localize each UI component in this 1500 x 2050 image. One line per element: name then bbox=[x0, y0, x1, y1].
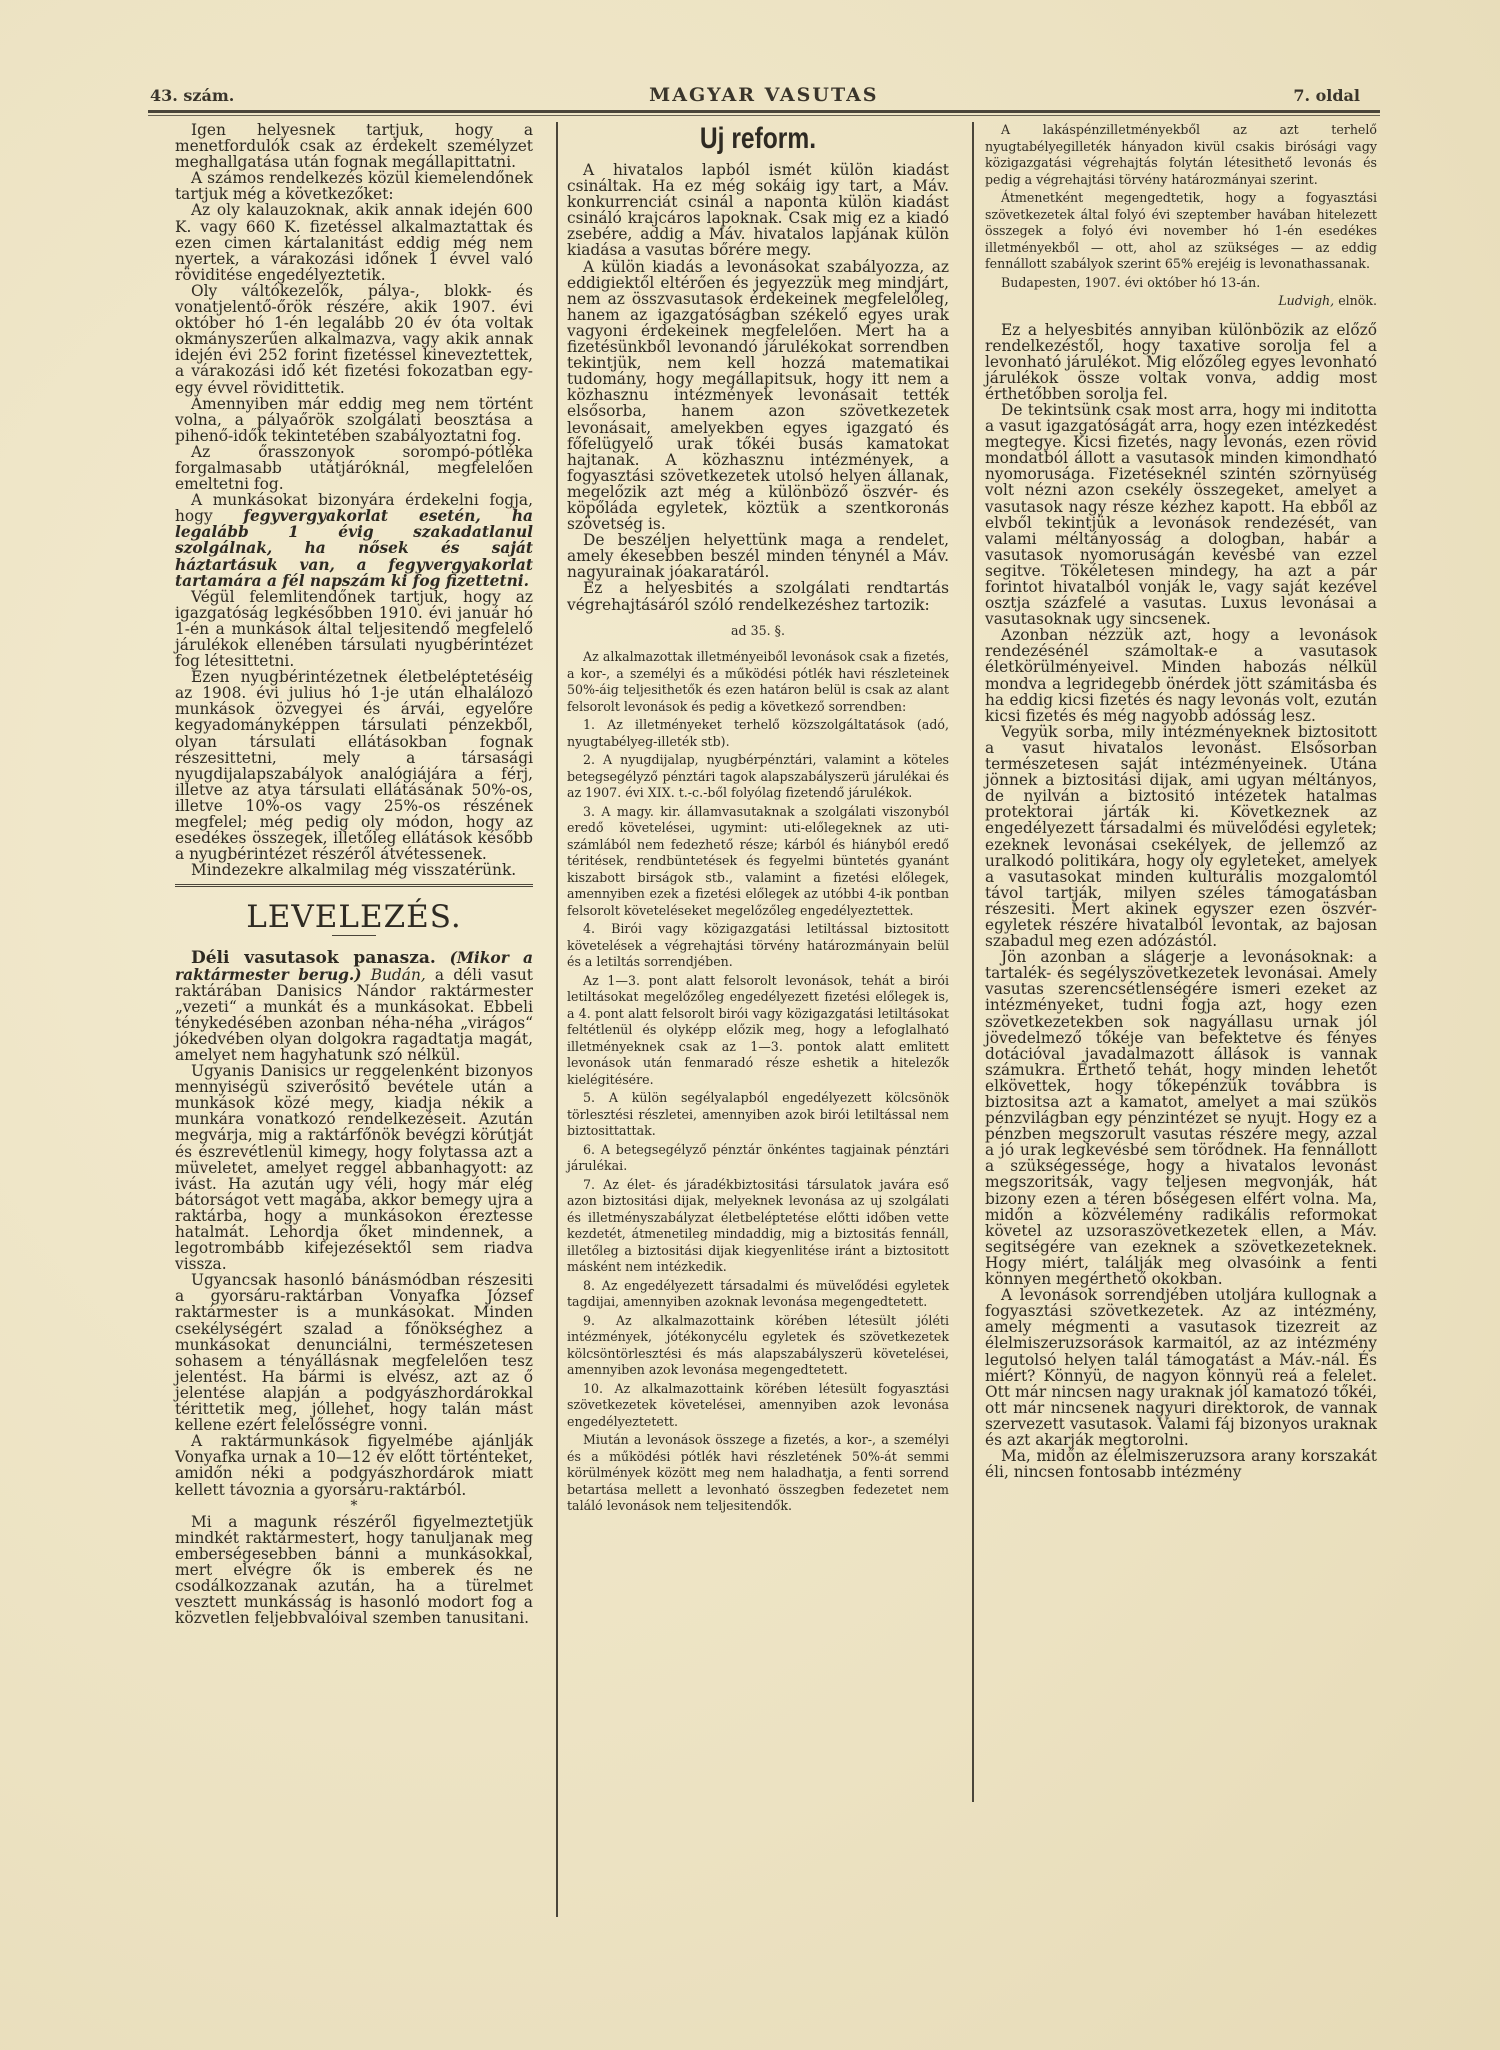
signature-name: Ludvigh, bbox=[1278, 293, 1334, 308]
paragraph: De beszéljen helyettünk maga a rendelet,… bbox=[567, 532, 949, 580]
decree-item: 8. Az engedélyezett társadalmi és müvelő… bbox=[567, 1278, 949, 1311]
masthead-rule-thin bbox=[148, 115, 1380, 116]
paragraph: A levonások sorrendjében utoljára kullog… bbox=[985, 1287, 1377, 1448]
paragraph: Igen helyesnek tartjuk, hogy a menetford… bbox=[175, 122, 533, 170]
newspaper-page: 43. szám. MAGYAR VASUTAS 7. oldal Igen h… bbox=[0, 0, 1500, 2050]
decree-paragraph: Az 1—3. pont alatt felsorolt levonások, … bbox=[567, 973, 949, 1089]
article-title: Uj reform. bbox=[601, 122, 914, 156]
paragraph: Ez a helyesbités annyiban különbözik az … bbox=[985, 322, 1377, 402]
decree-item: 10. Az alkalmazottaink körében létesült … bbox=[567, 1381, 949, 1431]
decree-signature: Ludvigh, elnök. bbox=[985, 293, 1377, 310]
paragraph: Ma, midőn az élelmiszeruzsora arany kors… bbox=[985, 1448, 1377, 1480]
section-mark: ad 35. §. bbox=[567, 623, 949, 640]
decree-item: 2. A nyugdijalap, nyugbérpénztári, valam… bbox=[567, 752, 949, 802]
spacer bbox=[567, 639, 949, 649]
section-divider bbox=[175, 884, 533, 887]
spacer bbox=[985, 312, 1377, 322]
decree-paragraph: Az alkalmazottak illetményeiből levonáso… bbox=[567, 649, 949, 715]
decree-continuation: A lakáspénzilletményekből az azt terhelő… bbox=[985, 122, 1377, 310]
paragraph: De tekintsünk csak most arra, hogy mi in… bbox=[985, 402, 1377, 627]
decree-date: Budapesten, 1907. évi október hó 13-án. bbox=[985, 275, 1377, 292]
workers-emphasis: fegyvergyakorlat esetén, ha legalább 1 é… bbox=[175, 507, 533, 589]
section-heading: LEVELEZÉS. bbox=[175, 899, 533, 935]
paragraph: Ugyancsak hasonló bánásmódban részesiti … bbox=[175, 1272, 533, 1433]
paragraph: Azonban nézzük azt, hogy a levonások ren… bbox=[985, 627, 1377, 724]
paragraph: A számos rendelkezés közül kiemelendőnek… bbox=[175, 170, 533, 202]
paragraph: Ugyanis Danisics ur reggelenként bizonyo… bbox=[175, 1063, 533, 1272]
column-left: Igen helyesnek tartjuk, hogy a menetford… bbox=[175, 122, 533, 1626]
signature-title: elnök. bbox=[1338, 293, 1377, 308]
paragraph: Az oly kalauzoknak, akik annak idején 60… bbox=[175, 202, 533, 282]
paragraph: A külön kiadás a levonásokat szabályozza… bbox=[567, 259, 949, 533]
paragraph: Amennyiben már eddig meg nem történt vol… bbox=[175, 396, 533, 444]
column-middle: Uj reform. A hivatalos lapból ismét külö… bbox=[567, 122, 949, 1517]
decree-item: 9. Az alkalmazottaink körében létesült j… bbox=[567, 1313, 949, 1379]
newspaper-title: MAGYAR VASUTAS bbox=[649, 84, 878, 106]
masthead-rule bbox=[148, 110, 1380, 113]
paragraph: Az őrasszonyok sorompó-pótléka forgalmas… bbox=[175, 444, 533, 492]
decree-item: 6. A betegsegélyző pénztár önkéntes tagj… bbox=[567, 1142, 949, 1175]
decree-item: 3. A magy. kir. államvasutaknak a szolgá… bbox=[567, 804, 949, 920]
paragraph: Ez a helyesbités a szolgálati rendtartás… bbox=[567, 580, 949, 612]
paragraph: A hivatalos lapból ismét külön kiadást c… bbox=[567, 162, 949, 259]
page-number: 7. oldal bbox=[1293, 86, 1360, 105]
paragraph: A raktármunkások figyelmébe ajánlják Von… bbox=[175, 1433, 533, 1497]
masthead: 43. szám. MAGYAR VASUTAS 7. oldal bbox=[150, 84, 1360, 106]
column-divider-2 bbox=[972, 122, 974, 1802]
decree-paragraph: A lakáspénzilletményekből az azt terhelő… bbox=[985, 122, 1377, 188]
decree-item: 7. Az élet- és járadékbiztositási társul… bbox=[567, 1177, 949, 1276]
decree-paragraph: Átmenetként megengedtetik, hogy a fogyas… bbox=[985, 190, 1377, 273]
heading-underline bbox=[332, 935, 376, 936]
paragraph: Mi a magunk részéről figyelmeztetjük min… bbox=[175, 1514, 533, 1627]
paragraph: Vegyük sorba, mily intézményeknek biztos… bbox=[985, 724, 1377, 949]
paragraph-workers: A munkásokat bizonyára érdekelni fogja, … bbox=[175, 492, 533, 589]
paragraph: Végül felemlitendőnek tartjuk, hogy az i… bbox=[175, 589, 533, 669]
decree-item: 4. Birói vagy közigazgatási letiltással … bbox=[567, 921, 949, 971]
paragraph: Ezen nyugbérintézetnek életbeléptetéséig… bbox=[175, 669, 533, 862]
paragraph: Jön azonban a slágerje a levonásoknak: a… bbox=[985, 949, 1377, 1287]
decree-paragraph: Miután a levonások összege a fizetés, a … bbox=[567, 1432, 949, 1515]
asterisk-separator: * bbox=[175, 1498, 533, 1514]
decree-item: 5. A külön segélyalapból engedélyezett k… bbox=[567, 1090, 949, 1140]
paragraph: Mindezekre alkalmilag még visszatérünk. bbox=[175, 862, 533, 878]
issue-number: 43. szám. bbox=[150, 86, 234, 105]
column-right: A lakáspénzilletményekből az azt terhelő… bbox=[985, 122, 1377, 1480]
column-divider-1 bbox=[556, 122, 558, 1917]
spacer bbox=[567, 613, 949, 623]
letter-lead-paragraph: Déli vasutasok panasza. (Mikor a raktárm… bbox=[175, 950, 533, 1063]
paragraph: Oly váltókezelők, pálya-, blokk- és vona… bbox=[175, 283, 533, 396]
decree-item: 1. Az illetményeket terhelő közszolgálta… bbox=[567, 717, 949, 750]
decree-text: Az alkalmazottak illetményeiből levonáso… bbox=[567, 649, 949, 1515]
